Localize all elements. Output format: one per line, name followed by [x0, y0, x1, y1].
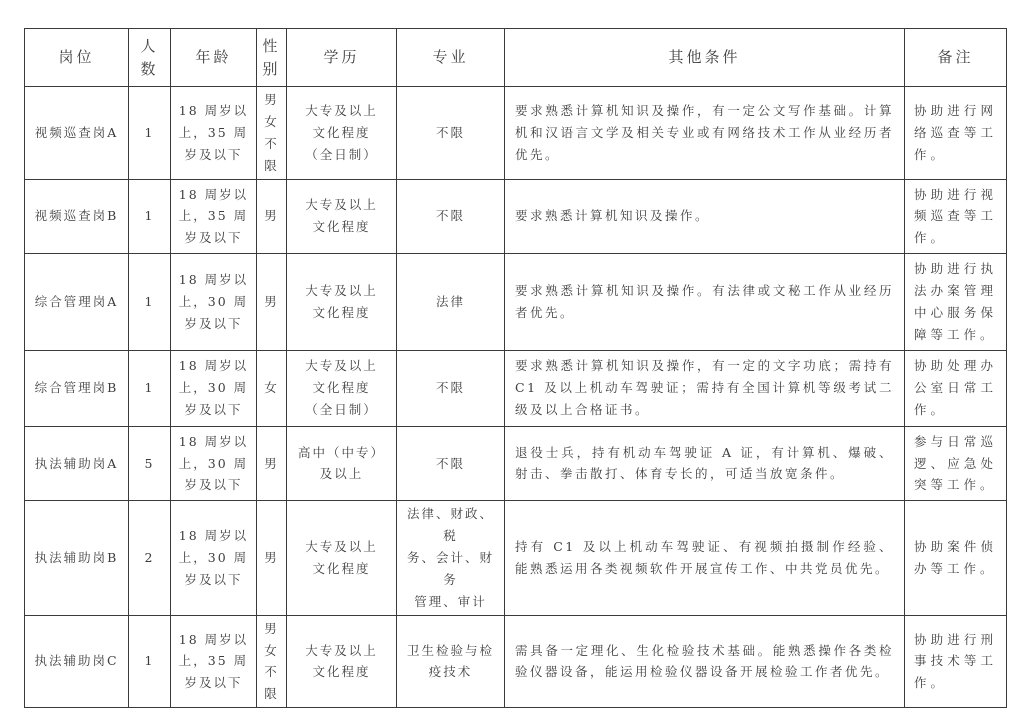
cell-position: 执法辅助岗B	[25, 501, 129, 615]
cell-gender: 男	[257, 426, 287, 501]
cell-remark: 协助进行视频巡查等工作。	[905, 179, 1007, 254]
cell-remark: 协助进行刑事技术等工作。	[905, 615, 1007, 708]
cell-major: 不限	[397, 426, 505, 501]
cell-position: 综合管理岗A	[25, 254, 129, 351]
cell-other-conditions: 需具备一定理化、生化检验技术基础。能熟悉操作各类检验仪器设备，能运用检验仪器设备…	[505, 615, 905, 708]
cell-education: 大专及以上 文化程度 （全日制）	[287, 87, 397, 180]
cell-count: 1	[129, 179, 171, 254]
header-position: 岗位	[25, 29, 129, 87]
cell-remark: 协助处理办公室日常工作。	[905, 350, 1007, 426]
header-age: 年龄	[171, 29, 257, 87]
table-row: 视频巡查岗B 1 18 周岁以 上，35 周 岁及以下 男 大专及以上 文化程度…	[25, 179, 1007, 254]
header-education: 学历	[287, 29, 397, 87]
header-count: 人 数	[129, 29, 171, 87]
table-row: 综合管理岗A 1 18 周岁以 上，30 周 岁及以下 男 大专及以上 文化程度…	[25, 254, 1007, 351]
cell-age: 18 周岁以 上，35 周 岁及以下	[171, 179, 257, 254]
document-page: 岗位 人 数 年龄 性 别 学历 专业 其他条件 备注 视频巡查岗A 1 18 …	[0, 0, 1032, 637]
cell-other-conditions: 退役士兵，持有机动车驾驶证 A 证，有计算机、爆破、射击、拳击散打、体育专长的，…	[505, 426, 905, 501]
cell-gender: 男	[257, 501, 287, 615]
cell-other-conditions: 要求熟悉计算机知识及操作，有一定公文写作基础。计算机和汉语言文学及相关专业或有网…	[505, 87, 905, 180]
cell-age: 18 周岁以 上，35 周 岁及以下	[171, 87, 257, 180]
table-header-row: 岗位 人 数 年龄 性 别 学历 专业 其他条件 备注	[25, 29, 1007, 87]
cell-other-conditions: 要求熟悉计算机知识及操作。	[505, 179, 905, 254]
cell-age: 18 周岁以 上，30 周 岁及以下	[171, 426, 257, 501]
header-other-conditions: 其他条件	[505, 29, 905, 87]
cell-gender: 女	[257, 350, 287, 426]
cell-major: 不限	[397, 179, 505, 254]
recruitment-table: 岗位 人 数 年龄 性 别 学历 专业 其他条件 备注 视频巡查岗A 1 18 …	[24, 28, 1007, 708]
header-remark: 备注	[905, 29, 1007, 87]
cell-other-conditions: 持有 C1 及以上机动车驾驶证、有视频拍摄制作经验、能熟悉运用各类视频软件开展宣…	[505, 501, 905, 615]
cell-position: 综合管理岗B	[25, 350, 129, 426]
table-row: 执法辅助岗B 2 18 周岁以 上，30 周 岁及以下 男 大专及以上 文化程度…	[25, 501, 1007, 615]
cell-position: 执法辅助岗A	[25, 426, 129, 501]
cell-position: 执法辅助岗C	[25, 615, 129, 708]
cell-major: 不限	[397, 87, 505, 180]
cell-count: 1	[129, 87, 171, 180]
cell-education: 大专及以上 文化程度	[287, 615, 397, 708]
table-row: 综合管理岗B 1 18 周岁以 上，30 周 岁及以下 女 大专及以上 文化程度…	[25, 350, 1007, 426]
cell-count: 1	[129, 615, 171, 708]
cell-remark: 协助进行执法办案管理中心服务保障等工作。	[905, 254, 1007, 351]
table-row: 执法辅助岗C 1 18 周岁以 上，35 周 岁及以下 男 女 不 限 大专及以…	[25, 615, 1007, 708]
cell-education: 大专及以上 文化程度	[287, 501, 397, 615]
cell-count: 1	[129, 350, 171, 426]
table-row: 视频巡查岗A 1 18 周岁以 上，35 周 岁及以下 男 女 不 限 大专及以…	[25, 87, 1007, 180]
cell-age: 18 周岁以 上，30 周 岁及以下	[171, 254, 257, 351]
cell-major: 不限	[397, 350, 505, 426]
cell-other-conditions: 要求熟悉计算机知识及操作。有法律或文秘工作从业经历者优先。	[505, 254, 905, 351]
cell-major: 法律	[397, 254, 505, 351]
cell-count: 2	[129, 501, 171, 615]
cell-count: 5	[129, 426, 171, 501]
cell-remark: 协助案件侦办等工作。	[905, 501, 1007, 615]
cell-remark: 协助进行网络巡查等工作。	[905, 87, 1007, 180]
cell-gender: 男	[257, 254, 287, 351]
header-major: 专业	[397, 29, 505, 87]
cell-major: 卫生检验与检 疫技术	[397, 615, 505, 708]
cell-age: 18 周岁以 上，30 周 岁及以下	[171, 501, 257, 615]
cell-age: 18 周岁以 上，35 周 岁及以下	[171, 615, 257, 708]
cell-education: 大专及以上 文化程度	[287, 254, 397, 351]
cell-remark: 参与日常巡逻、应急处突等工作。	[905, 426, 1007, 501]
table-row: 执法辅助岗A 5 18 周岁以 上，30 周 岁及以下 男 高中（中专） 及以上…	[25, 426, 1007, 501]
cell-age: 18 周岁以 上，30 周 岁及以下	[171, 350, 257, 426]
cell-education: 高中（中专） 及以上	[287, 426, 397, 501]
cell-position: 视频巡查岗A	[25, 87, 129, 180]
cell-gender: 男 女 不 限	[257, 615, 287, 708]
cell-education: 大专及以上 文化程度 （全日制）	[287, 350, 397, 426]
header-gender: 性 别	[257, 29, 287, 87]
cell-gender: 男	[257, 179, 287, 254]
cell-position: 视频巡查岗B	[25, 179, 129, 254]
cell-education: 大专及以上 文化程度	[287, 179, 397, 254]
cell-other-conditions: 要求熟悉计算机知识及操作，有一定的文字功底；需持有 C1 及以上机动车驾驶证；需…	[505, 350, 905, 426]
cell-gender: 男 女 不 限	[257, 87, 287, 180]
cell-major: 法律、财政、税 务、会计、财务 管理、审计	[397, 501, 505, 615]
cell-count: 1	[129, 254, 171, 351]
